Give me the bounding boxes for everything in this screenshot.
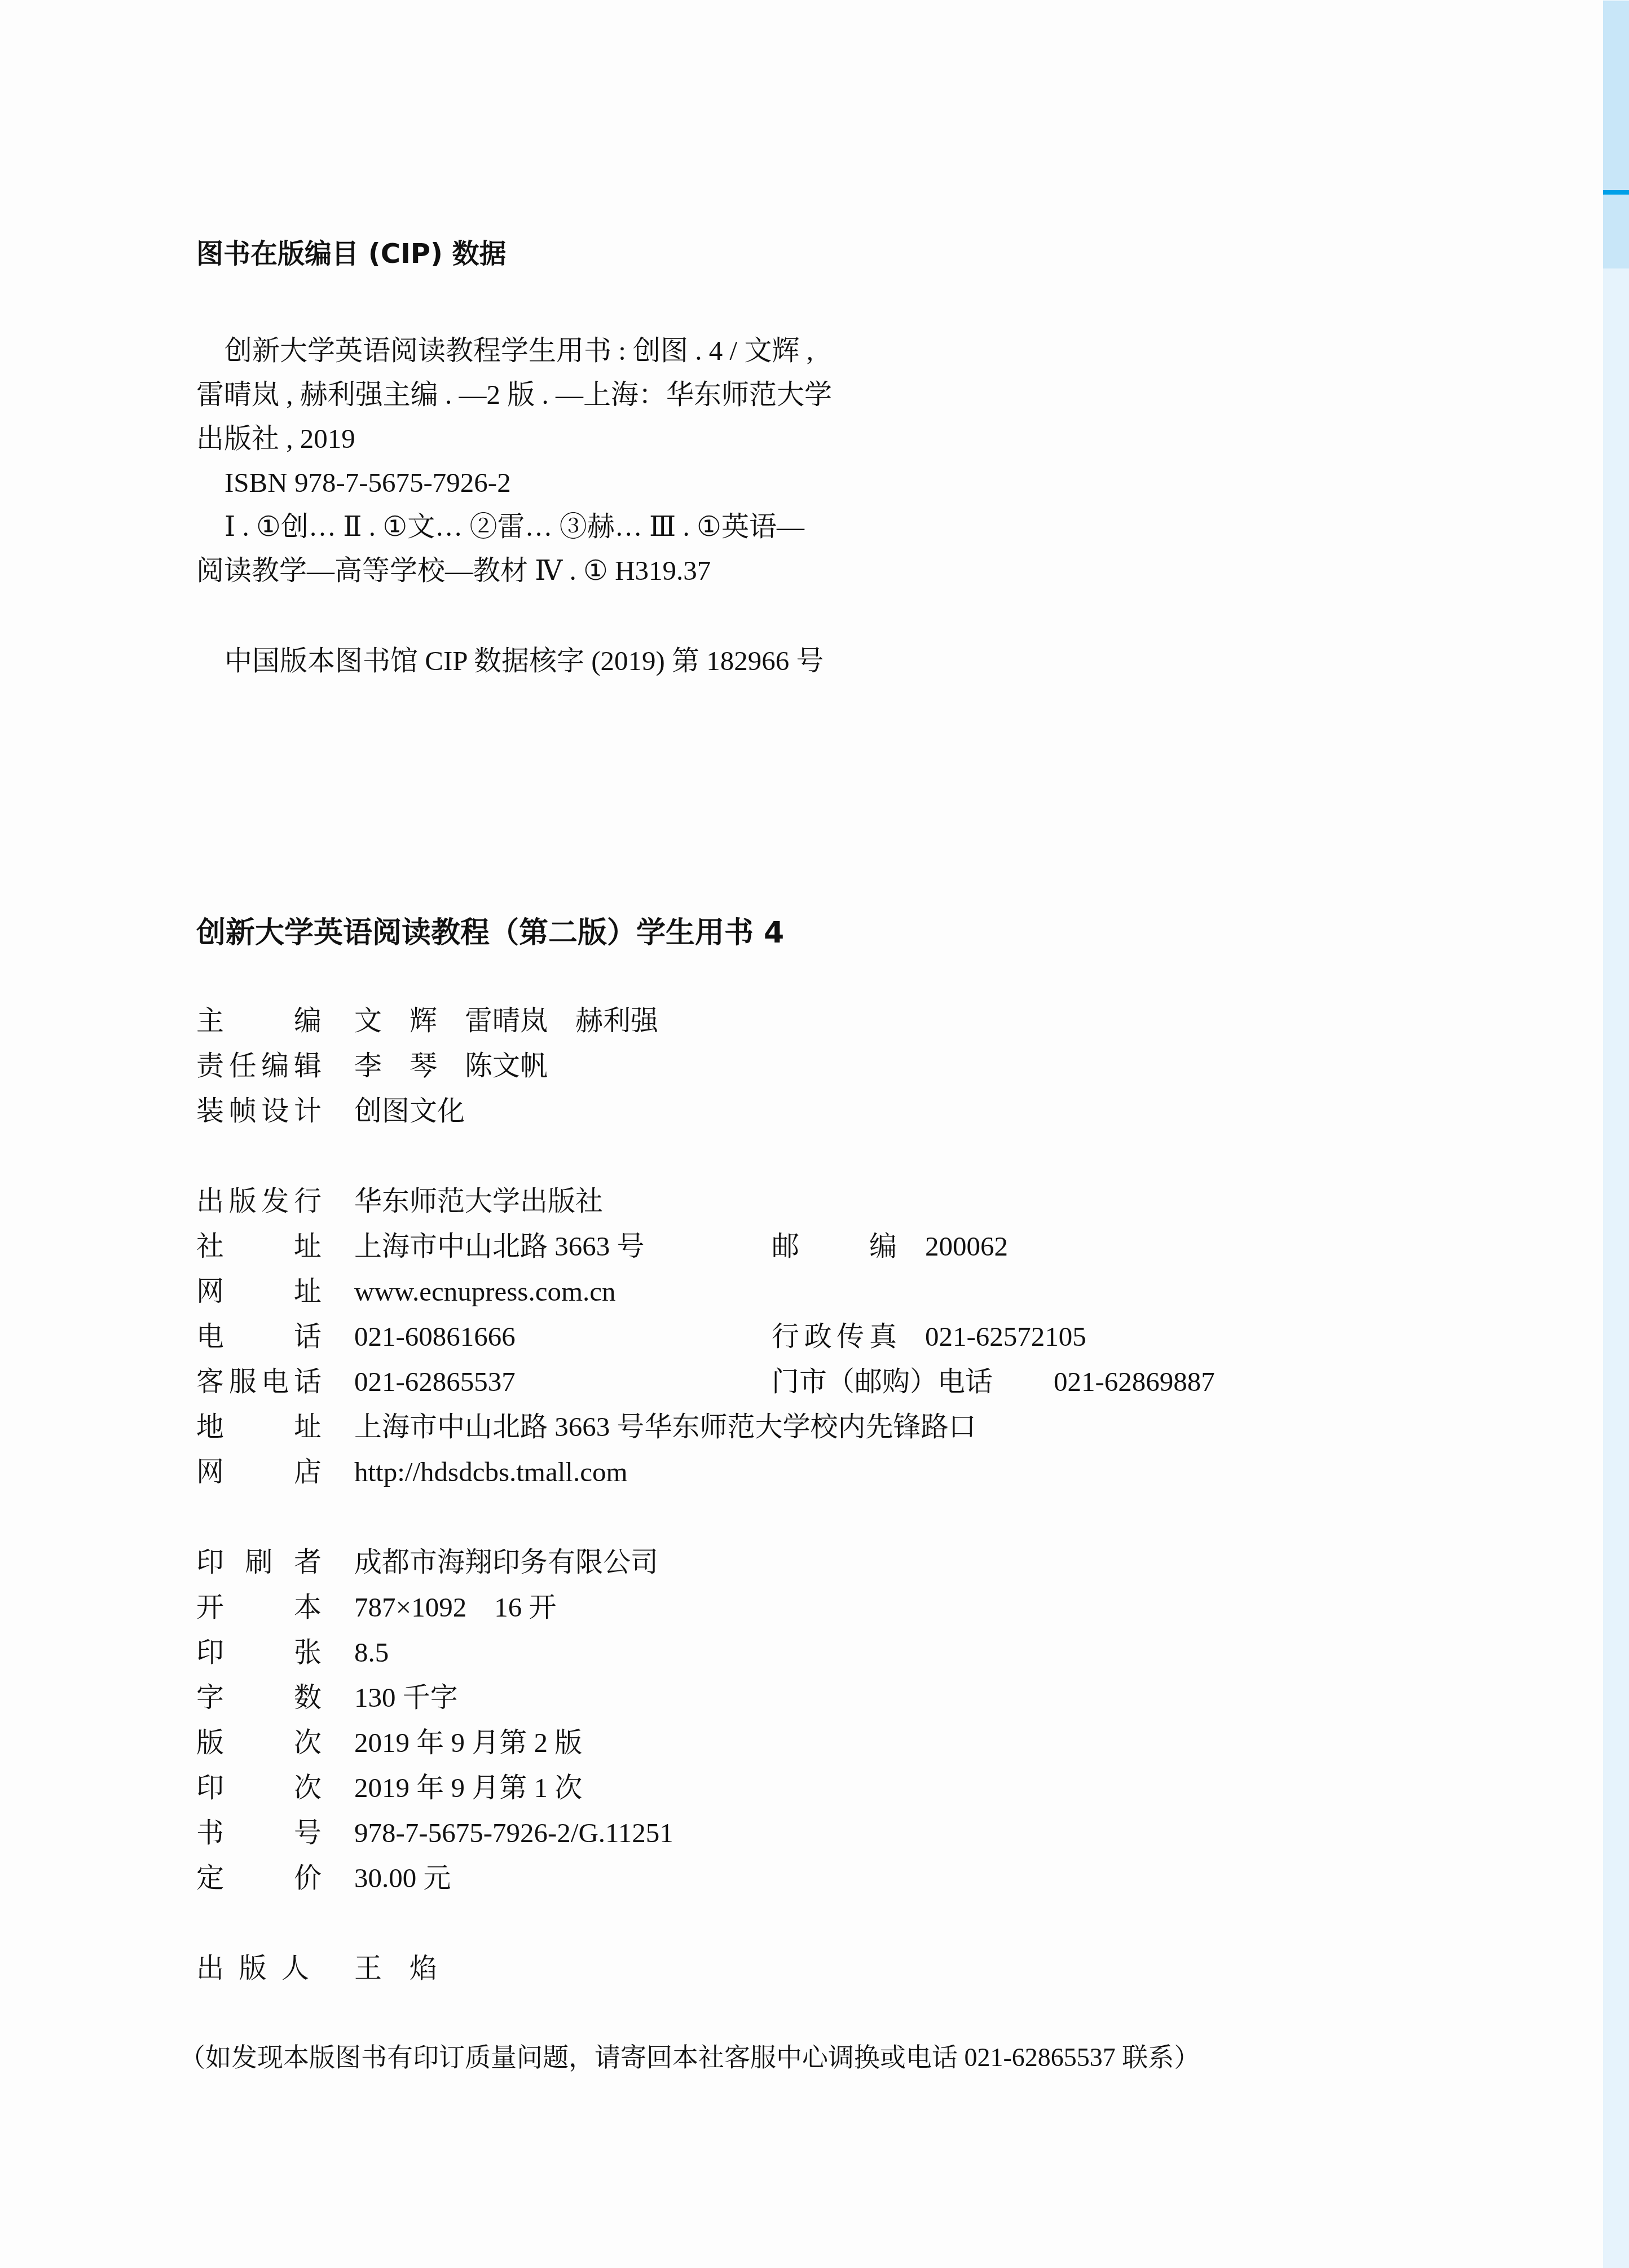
cip-isbn: ISBN 978-7-5675-7926-2 [224,466,511,500]
pub-label-address: 社 址 [196,1230,322,1263]
pub-value-store-phone: 021-62869887 [1054,1365,1215,1399]
pub-value-website: www.ecnupress.com.cn [354,1275,616,1309]
pub-label-postcode: 邮 编 [772,1230,897,1263]
pub-label-fax: 行 政 传 真 [772,1320,897,1354]
spec-label-word-count: 字 数 [196,1681,322,1715]
spec-label-price: 定 价 [196,1861,322,1895]
cip-heading: 图书在版编目 (CIP) 数据 [196,237,507,271]
pub-value-postcode: 200062 [925,1230,1008,1263]
spec-value-format: 787×1092 16 开 [354,1591,556,1624]
edge-stripe-accent [1603,190,1629,195]
pub-label-phone: 电 话 [196,1320,322,1354]
spec-value-edition: 2019 年 9 月第 2 版 [354,1726,582,1760]
spec-label-format: 开 本 [196,1591,322,1624]
pub-label-location: 地 址 [196,1410,322,1444]
cip-record-line: 出版社 , 2019 [196,422,355,456]
cip-record-line: 雷晴岚 , 赫利强主编 . —2 版 . —上海：华东师范大学 [196,378,832,412]
book-title: 创新大学英语阅读教程（第二版）学生用书 4 [196,915,784,951]
credit-label-design: 装 帧 设 计 [196,1094,322,1128]
credit-value-responsible-editor: 李 琴 陈文帆 [354,1049,548,1083]
pub-value-fax: 021-62572105 [925,1320,1086,1354]
spec-value-word-count: 130 千字 [354,1681,458,1715]
pub-label-online-store: 网 店 [196,1455,322,1489]
spec-label-book-number: 书 号 [196,1816,322,1850]
pub-label-publisher: 出 版 发 行 [196,1184,322,1218]
spec-label-sheets: 印 张 [196,1636,322,1670]
quality-notice: （如发现本版图书有印订质量问题，请寄回本社客服中心调换或电话 021-62865… [179,2041,1200,2075]
spec-value-book-number: 978-7-5675-7926-2/G.11251 [354,1816,673,1850]
pub-value-address: 上海市中山北路 3663 号 [354,1230,645,1263]
cip-record-line: 创新大学英语阅读教程学生用书 : 创图 . 4 / 文辉 , [224,334,813,368]
edge-stripe-tab [1603,1,1629,268]
cip-record-line: Ⅰ . ①创… Ⅱ . ①文… ②雷… ③赫… Ⅲ . ①英语— [224,510,804,544]
pub-value-service-phone: 021-62865537 [354,1365,516,1399]
spec-value-price: 30.00 元 [354,1861,451,1895]
spec-value-printer: 成都市海翔印务有限公司 [354,1545,658,1579]
pub-value-location: 上海市中山北路 3663 号华东师范大学校内先锋路口 [354,1410,976,1444]
publisher-person-label: 出 版 人 [196,1952,309,1985]
spec-value-printing: 2019 年 9 月第 1 次 [354,1771,582,1805]
credit-value-design: 创图文化 [354,1094,465,1128]
spec-value-sheets: 8.5 [354,1636,389,1670]
spec-label-printer: 印 刷 者 [196,1545,322,1579]
cip-verification: 中国版本图书馆 CIP 数据核字 (2019) 第 182966 号 [224,644,824,678]
spec-label-printing: 印 次 [196,1771,322,1805]
pub-label-store-phone: 门市（邮购）电话 [772,1365,993,1399]
credit-label-responsible-editor: 责 任 编 辑 [196,1049,322,1083]
cip-record-line: 阅读教学—高等学校—教材 Ⅳ . ① H319.37 [196,554,711,588]
pub-value-phone: 021-60861666 [354,1320,516,1354]
edge-stripe-body [1603,268,1629,2268]
pub-label-website: 网 址 [196,1275,322,1309]
credit-label-chief-editor: 主 编 [196,1004,322,1038]
pub-label-service-phone: 客 服 电 话 [196,1365,322,1399]
publisher-person-value: 王 焰 [354,1952,437,1985]
pub-value-online-store: http://hdsdcbs.tmall.com [354,1455,628,1489]
pub-value-publisher: 华东师范大学出版社 [354,1184,603,1218]
credit-value-chief-editor: 文 辉 雷晴岚 赫利强 [354,1004,658,1038]
spec-label-edition: 版 次 [196,1726,322,1760]
